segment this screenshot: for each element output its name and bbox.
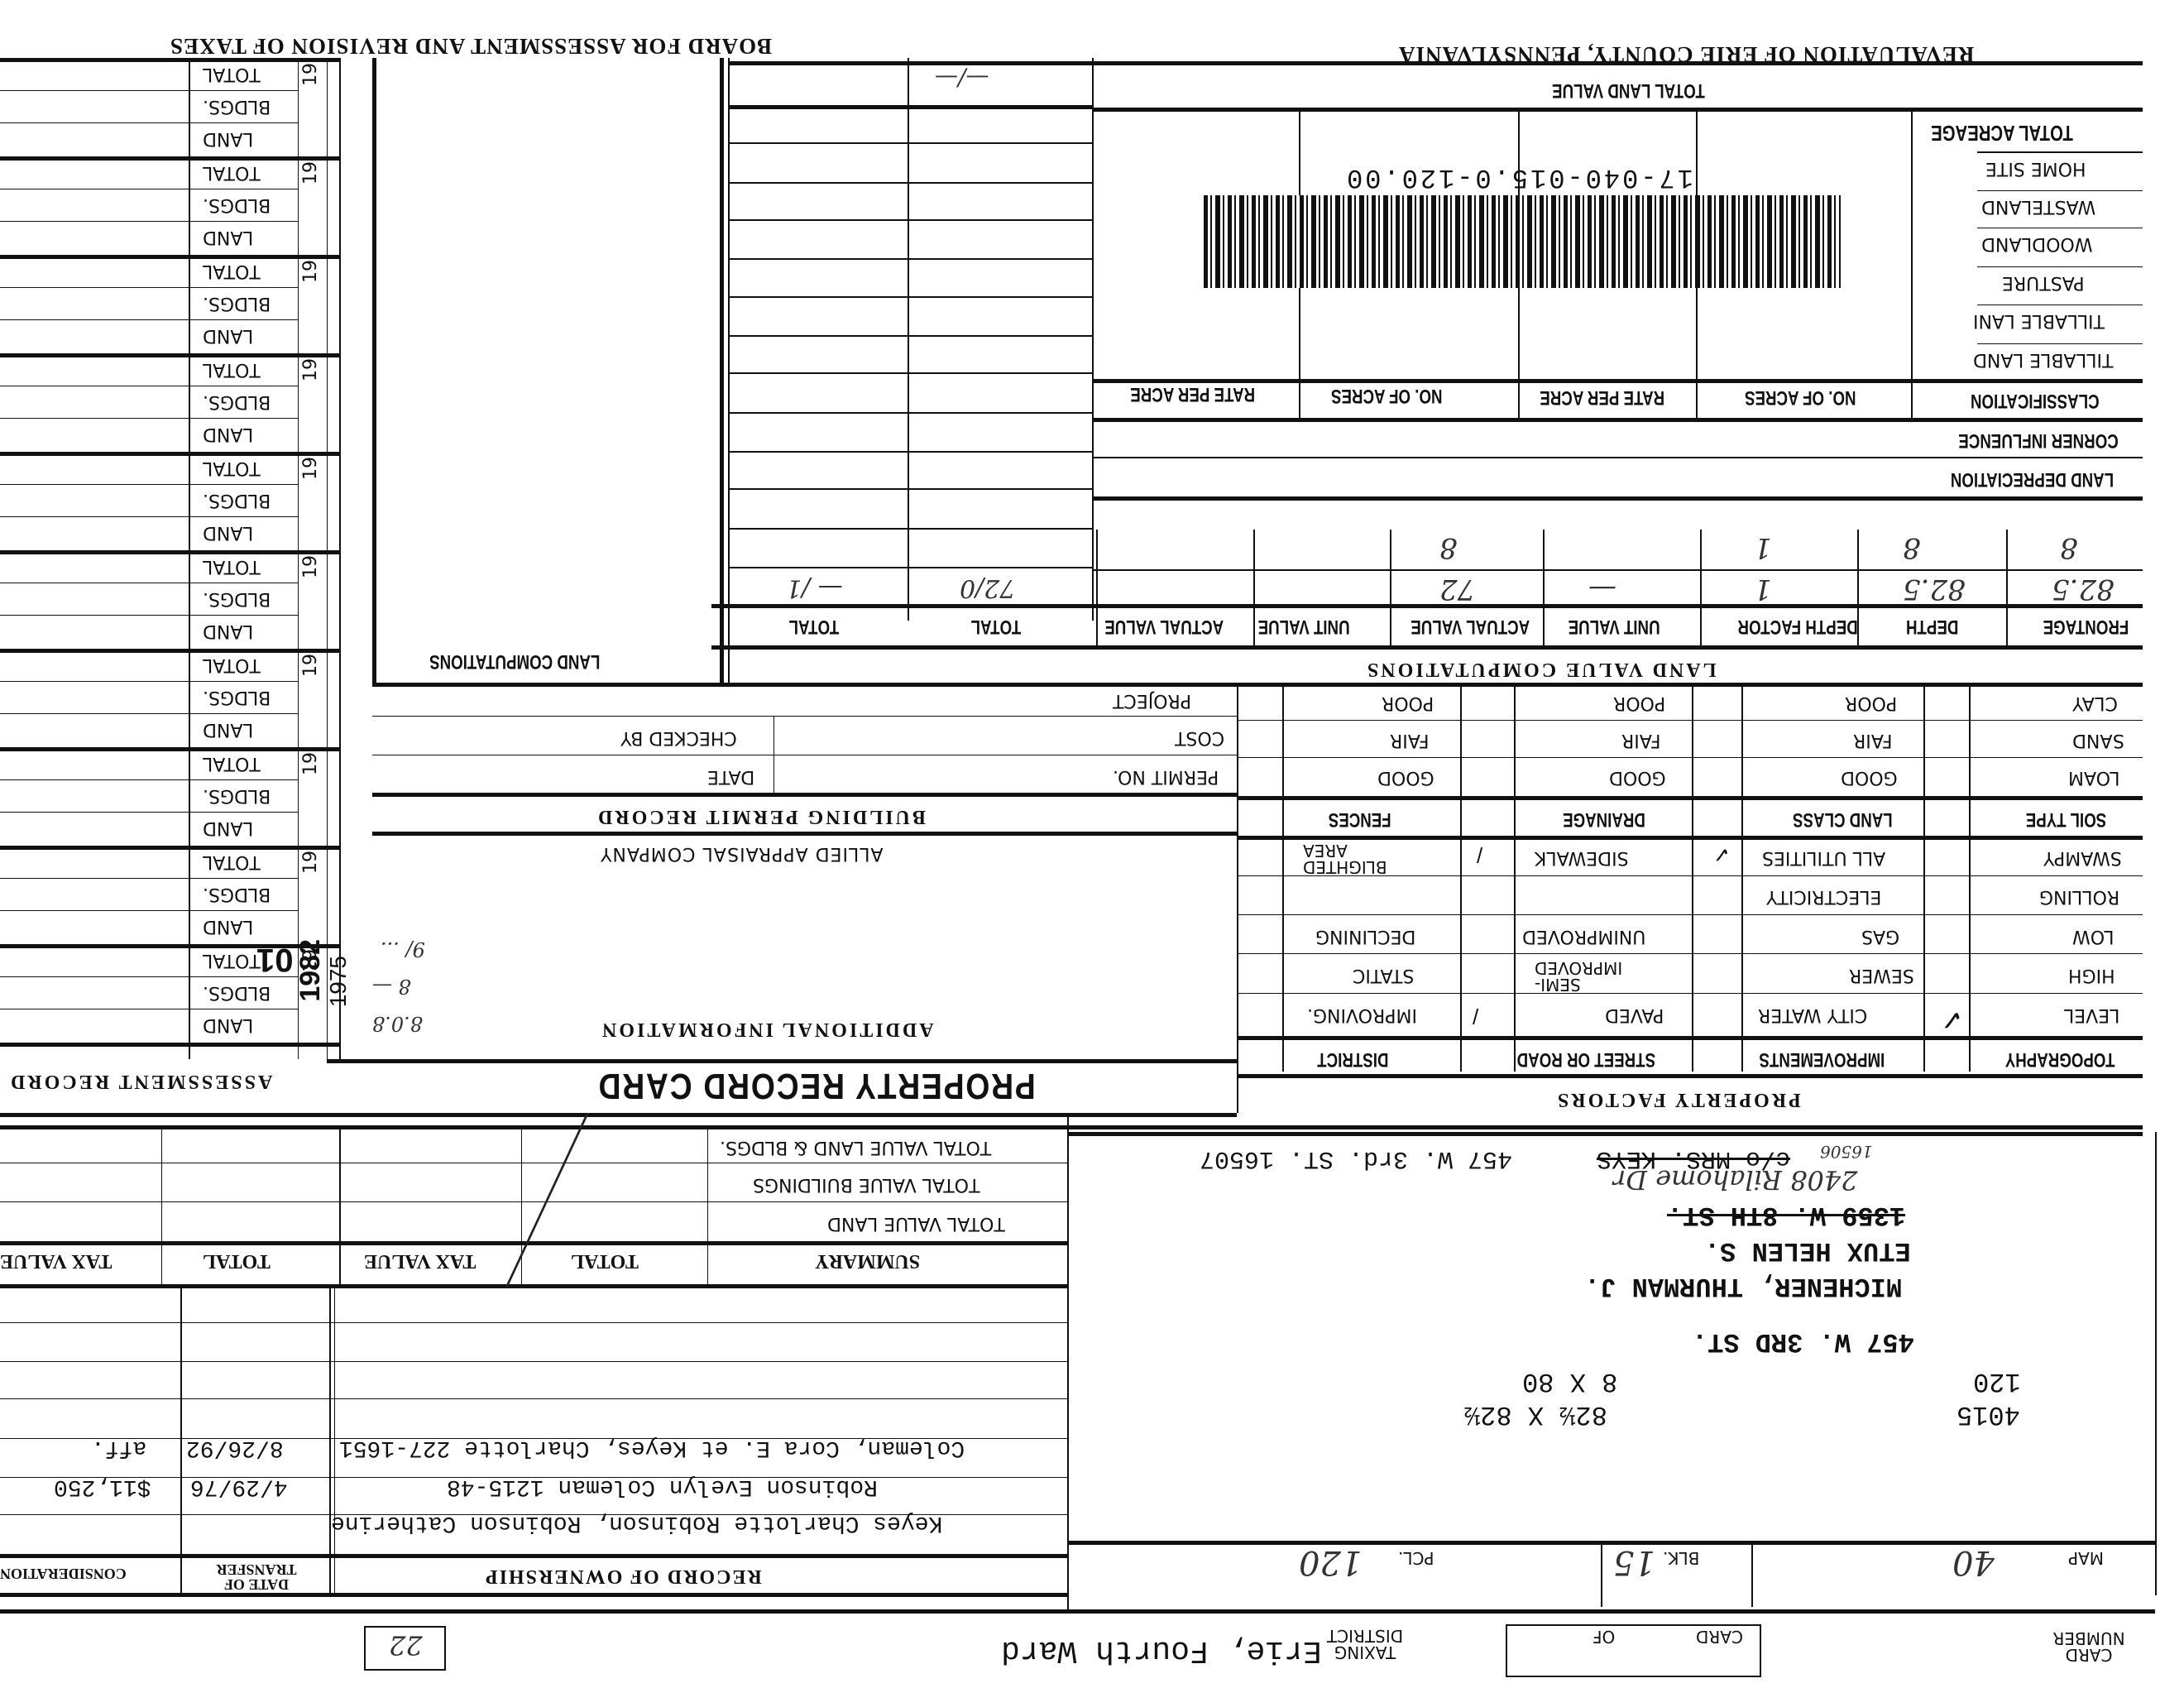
topo-rolling: ROLLING — [2039, 887, 2119, 905]
assessment-row-label: BLDGS. — [203, 294, 271, 312]
assessment-year-prefix: 19 — [302, 63, 320, 86]
actual-value: 72 — [1439, 575, 1475, 603]
assessment-row-label: BLDGS. — [203, 885, 271, 903]
street-sidewalk: SIDEWALK — [1535, 848, 1629, 866]
card-of-label-of: OF — [1592, 1628, 1615, 1645]
handwritten-address: 2408 Rilahome Dr — [1613, 1167, 1858, 1193]
summary-col-tax-value-1: TAX VALUE — [364, 1251, 476, 1271]
classification-label: CLASSIFICATION — [1971, 391, 2100, 410]
total-value-2: — /1 — [786, 575, 843, 600]
assessment-row-label: BLDGS. — [203, 392, 271, 410]
assessment-stamp-code: 01 — [256, 943, 294, 976]
frontage-value-2: 8 — [2060, 534, 2078, 562]
soil-clay: CLAY — [2072, 693, 2118, 712]
unit-value: — — [1588, 575, 1616, 603]
assessment-stamp-year-1982: 1982 — [296, 939, 324, 1002]
board-title: BOARD FOR ASSESSMENT AND REVISION OF TAX… — [170, 35, 772, 57]
all-utilities-check: ✓ — [1712, 844, 1731, 866]
sidewalk-check: / — [1477, 844, 1482, 866]
land-class-poor: POOR — [1845, 693, 1897, 712]
assessment-row-label: BLDGS. — [203, 97, 271, 115]
date-label: DATE — [707, 767, 754, 785]
handwritten-note-2: 8 — — [372, 976, 411, 996]
assessment-year-prefix: 19 — [302, 752, 320, 775]
barcode — [1204, 195, 1841, 288]
land-class-header: LAND CLASS — [1793, 809, 1893, 829]
acreage-tillable-lani: TILLABLE LANI — [1973, 311, 2105, 329]
assessment-row-label: BLDGS. — [203, 195, 271, 213]
district-static: STATIC — [1353, 966, 1414, 984]
assessment-row-label: BLDGS. — [203, 688, 271, 706]
assessment-year-prefix: 19 — [302, 260, 320, 283]
frontage-value: 82.5 — [2052, 575, 2115, 603]
card-number-label: CARD NUMBER — [2043, 1630, 2134, 1663]
box-number: 22 — [389, 1632, 423, 1658]
owner-etux: ETUX HELEN S. — [1704, 1237, 1911, 1264]
assessment-row-label: LAND — [203, 523, 253, 541]
handwritten-mark: —/— — [935, 66, 989, 89]
total-acreage-label: TOTAL ACREAGE — [1931, 122, 2073, 144]
classification-col-acres-1: NO. OF ACRES — [1745, 387, 1856, 407]
col-total-2: TOTAL — [789, 616, 840, 636]
soil-type-header: SOIL TYPE — [2026, 809, 2106, 829]
classification-col-acres-2: NO. OF ACRES — [1331, 386, 1443, 405]
owner-row-1-name: Keyes Charlotte Robinson, Robinson Cathe… — [331, 1511, 942, 1534]
map-label: MAP — [2068, 1550, 2104, 1566]
taxing-district-label: TAXING DISTRICT — [1315, 1628, 1415, 1661]
owner-row-2-date: 4/29/76 — [190, 1475, 288, 1498]
acreage-pasture: PASTURE — [2002, 273, 2085, 291]
assessment-row-label: BLDGS. — [203, 983, 271, 1001]
drainage-poor: POOR — [1613, 693, 1665, 712]
assessment-row-label: TOTAL — [203, 754, 261, 772]
land-class-fair: FAIR — [1853, 731, 1892, 749]
corner-influence-label: CORNER INFLUENCE — [1958, 430, 2118, 450]
assessment-row-label: TOTAL — [203, 951, 261, 969]
topo-low: LOW — [2072, 927, 2115, 945]
handwritten-zip: 16506 — [1820, 1144, 1873, 1160]
handwritten-note-3: 9/ ... — [381, 939, 425, 959]
impr-all-utilities: ALL UTILITIES — [1762, 848, 1885, 866]
assessment-year-prefix: 19 — [302, 555, 320, 578]
fences-poor: POOR — [1382, 693, 1434, 712]
assessment-row-label: LAND — [203, 917, 253, 935]
fences-fair: FAIR — [1390, 731, 1429, 749]
taxing-district-value: Erie, Fourth Ward — [1001, 1634, 1322, 1666]
card-of-label-card: CARD — [1696, 1628, 1743, 1645]
assessment-row-label: BLDGS. — [203, 589, 271, 607]
acreage-woodland: WOODLAND — [1981, 234, 2093, 252]
depth-value: 82.5 — [1903, 575, 1966, 603]
street-road-header: STREET OR ROAD — [1517, 1049, 1655, 1069]
district-declining: DECLINING — [1315, 927, 1415, 945]
col-depth: DEPTH — [1906, 616, 1958, 636]
assessment-row-label: LAND — [203, 621, 253, 640]
impr-gas: GAS — [1861, 927, 1899, 945]
property-record-card-title: PROPERTY RECORD CARD — [597, 1067, 1036, 1104]
assessment-row-label: BLDGS. — [203, 786, 271, 804]
col-unit-value-2: UNIT VALUE — [1258, 616, 1350, 636]
owner-row-3-consideration: aff. — [91, 1436, 146, 1459]
assessment-year-prefix: 19 — [302, 161, 320, 185]
level-check: ✓ — [1940, 1005, 1964, 1033]
land-value-computations-title: LAND VALUE COMPUTATIONS — [1365, 659, 1717, 679]
property-factors-title: PROPERTY FACTORS — [1555, 1090, 1801, 1110]
dimensions-2: 8 X 80 — [1522, 1368, 1617, 1394]
dimensions-1: 82½ X 82½ — [1464, 1401, 1607, 1427]
assessment-row-label: LAND — [203, 228, 253, 246]
depth-value-2: 8 — [1903, 534, 1921, 562]
assessment-row-label: TOTAL — [203, 852, 261, 870]
total-land-value-label: TOTAL LAND VALUE — [1552, 80, 1705, 100]
acreage-home-site: HOME SITE — [1985, 159, 2086, 177]
assessment-row-label: TOTAL — [203, 163, 261, 181]
land-depreciation-label: LAND DEPRECIATION — [1951, 469, 2114, 489]
allied-appraisal-company: ALLIED APPRAISAL COMPANY — [600, 844, 884, 862]
street-semi-improved: SEMI-IMPROVED — [1535, 960, 1626, 993]
consideration-label: CONSIDERATION — [0, 1566, 127, 1581]
summary-land-bldgs: TOTAL VALUE LAND & BLDGS. — [720, 1138, 991, 1156]
assessment-row-label: LAND — [203, 129, 253, 147]
actual-value-2: 8 — [1439, 534, 1458, 562]
col-total-1: TOTAL — [971, 616, 1022, 636]
summary-col-tax-value-2: TAX VALUE — [0, 1251, 112, 1271]
owner-row-2-consideration: $11,250 — [54, 1475, 151, 1498]
assessment-row-label: TOTAL — [203, 65, 261, 83]
assessment-row-label: TOTAL — [203, 360, 261, 378]
soil-loam: LOAM — [2068, 768, 2119, 786]
impr-sewer: SEWER — [1849, 966, 1914, 984]
impr-city-water: CITY WATER — [1758, 1005, 1867, 1024]
additional-information-title: ADDITIONAL INFORMATION — [600, 1019, 934, 1039]
impr-electricity: ELECTRICITY — [1766, 887, 1881, 905]
fences-good: GOOD — [1377, 768, 1434, 786]
project-label: PROJECT — [1113, 691, 1191, 709]
property-address: 457 W. 3RD ST. — [1692, 1328, 1914, 1355]
date-of-transfer-label: DATE OF TRANSFER — [199, 1562, 314, 1592]
paved-check: / — [1473, 1005, 1478, 1027]
assessment-year-prefix: 19 — [302, 358, 320, 381]
soil-sand: SAND — [2072, 731, 2124, 749]
acreage-tillable-land: TILLABLE LAND — [1973, 350, 2113, 368]
land-computations-label: LAND COMPUTATIONS — [429, 651, 600, 671]
street-paved: PAVED — [1605, 1005, 1664, 1024]
fences-header: FENCES — [1329, 809, 1391, 829]
acreage-wasteland: WASTELAND — [1981, 197, 2095, 215]
col-unit-value-1: UNIT VALUE — [1569, 616, 1660, 636]
mailing-address: 457 W. 3rd. ST. 16507 — [1200, 1146, 1512, 1171]
drainage-good: GOOD — [1609, 768, 1666, 786]
assessment-row-label: LAND — [203, 424, 253, 443]
topo-swampy: SWAMPY — [2043, 848, 2122, 866]
building-permit-title: BUILDING PERMIT RECORD — [596, 807, 926, 827]
blk-label: BLK. — [1663, 1550, 1699, 1566]
record-of-ownership-title: RECORD OF OWNERSHIP — [484, 1566, 762, 1586]
drainage-header: DRAINAGE — [1563, 809, 1645, 829]
parcel-code: 120 — [1973, 1368, 2021, 1394]
land-class-good: GOOD — [1841, 768, 1898, 786]
cost-label: COST — [1175, 728, 1224, 746]
permit-no-label: PERMIT NO. — [1113, 767, 1219, 785]
assessment-row-label: TOTAL — [203, 655, 261, 674]
topography-header: TOPOGRAPHY — [2005, 1049, 2115, 1069]
total-value: 72/0 — [960, 575, 1015, 600]
drainage-fair: FAIR — [1621, 731, 1660, 749]
summary-strike-mark — [505, 1113, 713, 1287]
topo-level: LEVEL — [2064, 1005, 2119, 1024]
district-blighted-area: BLIGHTED AREA — [1303, 842, 1402, 875]
assessment-row-label: TOTAL — [203, 557, 261, 575]
col-actual-value-1: ACTUAL VALUE — [1410, 616, 1530, 636]
divider — [1977, 151, 2143, 153]
assessment-row-label: TOTAL — [203, 261, 261, 280]
depth-factor-value: 1 — [1754, 575, 1772, 603]
map-value: 40 — [1952, 1546, 1995, 1579]
assessment-year-prefix: 19 — [302, 851, 320, 874]
topo-high: HIGH — [2068, 966, 2115, 984]
assessment-row-label: LAND — [203, 818, 253, 837]
summary-buildings: TOTAL VALUE BUILDINGS — [753, 1175, 979, 1193]
pcl-label: PCL. — [1398, 1550, 1434, 1566]
map-code: 4015 — [1956, 1401, 2020, 1427]
assessment-year-prefix: 19 — [302, 654, 320, 677]
col-depth-factor: DEPTH FACTOR — [1737, 616, 1857, 636]
assessment-stamp-year-1975: 1975 — [327, 956, 350, 1007]
col-actual-value-2: ACTUAL VALUE — [1104, 616, 1224, 636]
owner-row-3-name: Coleman, Cora E. et Keyes, Charlotte 227… — [339, 1436, 965, 1459]
owner-name: MICHENER, THURMAN J. — [1584, 1273, 1902, 1299]
checked-by-label: CHECKED BY — [620, 728, 737, 746]
col-frontage: FRONTAGE — [2043, 616, 2129, 636]
assessment-row-label: BLDGS. — [203, 491, 271, 509]
depth-factor-value-2: 1 — [1754, 534, 1772, 562]
assessment-year-prefix: 19 — [302, 457, 320, 480]
old-address-struck: 1359 W. 8TH ST. — [1667, 1201, 1905, 1228]
blk-value: 15 — [1613, 1546, 1655, 1579]
improvements-header: IMPROVEMENTS — [1759, 1049, 1885, 1069]
district-improving: IMPROVING. — [1307, 1005, 1417, 1024]
assessment-record-title: ASSESSMENT RECORD — [8, 1072, 272, 1091]
owner-row-2-name: Robinson Evelyn Coleman 1215-48 — [447, 1475, 878, 1498]
handwritten-note-1: 8.0.8 — [372, 1014, 423, 1033]
pcl-value: 120 — [1299, 1546, 1362, 1579]
street-unimproved: UNIMPROVED — [1522, 927, 1645, 945]
owner-row-3-date: 8/26/92 — [186, 1436, 284, 1459]
barcode-number: 17-040-015.0-120.00 — [1344, 164, 1693, 190]
summary-col-total-2: TOTAL — [203, 1251, 271, 1271]
assessment-row-label: LAND — [203, 326, 253, 344]
divider — [1092, 108, 2143, 112]
district-header: DISTRICT — [1317, 1049, 1388, 1069]
classification-col-rate-2: RATE PER ACRE — [1130, 384, 1255, 404]
summary-land: TOTAL VALUE LAND — [827, 1214, 1005, 1232]
classification-col-rate-1: RATE PER ACRE — [1540, 387, 1664, 407]
assessment-row-label: LAND — [203, 720, 253, 738]
assessment-row-label: LAND — [203, 1015, 253, 1033]
summary-title: SUMMARY — [815, 1251, 920, 1271]
assessment-row-label: TOTAL — [203, 458, 261, 477]
